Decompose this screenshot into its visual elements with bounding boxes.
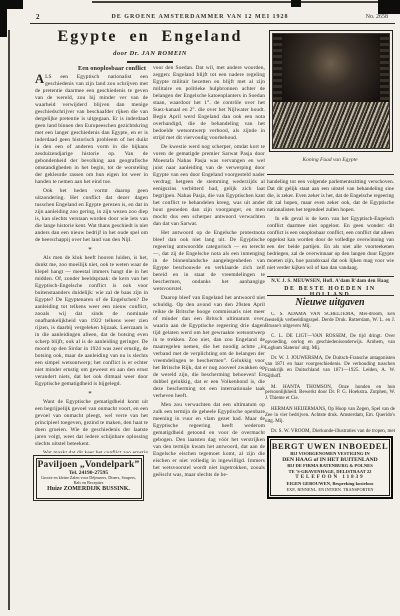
column-2: voor den Soedan. Dat wil, met andere woo… xyxy=(153,65,265,505)
paragraph: Het antwoord op de Engelsche protestnota… xyxy=(153,230,265,293)
masthead: DE GROENE AMSTERDAMMER VAN 12 MEI 1928 xyxy=(0,14,400,20)
paragraph: Daarop bleef van Engeland het antwoord n… xyxy=(153,295,265,400)
new-releases-list: C. S. ADAMA VAN SCHELTEMA, Mei-droom, Ee… xyxy=(265,312,395,434)
drop-cap: A xyxy=(35,74,45,84)
scan-artifact-top-center xyxy=(291,0,301,7)
paragraph: ALS een Egyptisch nationalist een geschi… xyxy=(35,74,148,186)
book-entry: Dr. S. W. VROOM, Dierkunde-illustraties … xyxy=(265,429,395,434)
newspaper-page: 2 DE GROENE AMSTERDAMMER VAN 12 MEI 1928… xyxy=(0,0,400,616)
inboedel-ad-line: EIGEN GEBOUWEN, Bespreking kosteloos xyxy=(271,481,389,487)
article-byline: door Dr. JAN ROMEIN xyxy=(35,50,265,57)
new-releases-heading: Nieuwe uitgaven xyxy=(265,297,395,308)
photo-caption: Koning Fuad van Egypte xyxy=(269,157,391,163)
photo-ornament-lower xyxy=(273,102,389,148)
article-subheading: Een onoplosbaar conflict xyxy=(35,65,148,72)
paragraph: Ook het heden vormt daarop geen uitzonde… xyxy=(35,188,148,244)
article-title: Egypte en Engeland xyxy=(35,28,265,46)
paragraph: Want de Egyptische gematigdheid komt uit… xyxy=(35,399,148,448)
vondelpark-ad-inner: Paviljoen „Vondelpark” Tel. 24190-27595 … xyxy=(36,458,142,499)
meuwsen-ad-line1: N.V. J. S. MEUWSEN, Hofl. A'dam R'dam de… xyxy=(265,279,395,284)
column-3-text: handeling tot een volgende parlementszit… xyxy=(267,179,394,274)
scan-edge-line-left xyxy=(8,30,10,610)
column-rule xyxy=(267,276,394,277)
book-entry: M. HANTA THOMSON, Onze honden en hun per… xyxy=(265,385,395,403)
vondelpark-ad: Paviljoen „Vondelpark” Tel. 24190-27595 … xyxy=(33,455,144,501)
paragraph: Wat maakt dat dit keer het conflict zoo … xyxy=(35,450,148,453)
photo-frame xyxy=(269,30,393,152)
paragraph-text: LS een Egyptisch nationalist een geschie… xyxy=(35,74,148,185)
vondelpark-ad-line: Groote en kleine Zalen voor Déjeuners, D… xyxy=(37,476,141,486)
issue-number: No. 2658 xyxy=(366,14,388,20)
inboedel-ad: BERGT UWEN INBOEDEL BIJ VOORGENOMEN VEST… xyxy=(267,436,393,499)
paragraph: Men zou verwachten dat een ultimatum op … xyxy=(153,402,265,479)
header-rule xyxy=(30,23,395,24)
paragraph: De kwestie werd nog scherper, omdat kort… xyxy=(153,144,265,228)
paragraph: voor den Soedan. Dat wil, met andere woo… xyxy=(153,65,265,142)
vondelpark-ad-name: Paviljoen „Vondelpark” xyxy=(37,460,141,470)
column-rule xyxy=(267,174,394,175)
book-entry: C. L. DE LIGT—VAN ROSSEM, De tijd dringt… xyxy=(265,334,395,352)
inboedel-ad-line: EXP., BINNENL. EN INTERN. TRANSPORTEN xyxy=(271,487,389,492)
paragraph: In elk geval is de kern van het Egyptisc… xyxy=(267,216,394,272)
section-separator: * xyxy=(35,390,148,398)
book-entry: C. S. ADAMA VAN SCHELTEMA, Mei-droom, Ee… xyxy=(265,312,395,330)
book-entry: HERMAN HEIJERMANS, Op Hoop van Zegen, Sp… xyxy=(265,407,395,425)
column-rule xyxy=(267,295,394,296)
column-1: Een onoplosbaar conflict ALS een Egyptis… xyxy=(35,65,148,453)
paragraph: handeling tot een volgende parlementszit… xyxy=(267,179,394,214)
book-entry: Dr. W. J. JOUWERSMA, De Duitsch-Fransche… xyxy=(265,356,395,380)
scan-edge-line-top xyxy=(92,1,398,3)
vondelpark-ad-line: Huize ZOMERDIJK BUSSINK. xyxy=(37,486,141,493)
inboedel-ad-line: TE 'S-GRAVENHAGE, DELISTRAAT 22 xyxy=(271,469,389,475)
inboedel-ad-inner: BERGT UWEN INBOEDEL BIJ VOORGENOMEN VEST… xyxy=(270,439,390,496)
paragraph: Als men de klok heeft hooren luiden, is … xyxy=(35,255,148,388)
section-separator: * xyxy=(35,246,148,254)
scan-artifact-top-right xyxy=(378,0,400,14)
photo-king-fuad xyxy=(272,33,390,149)
inboedel-ad-headline: BERGT UWEN INBOEDEL xyxy=(271,442,389,451)
title-divider xyxy=(127,61,173,63)
